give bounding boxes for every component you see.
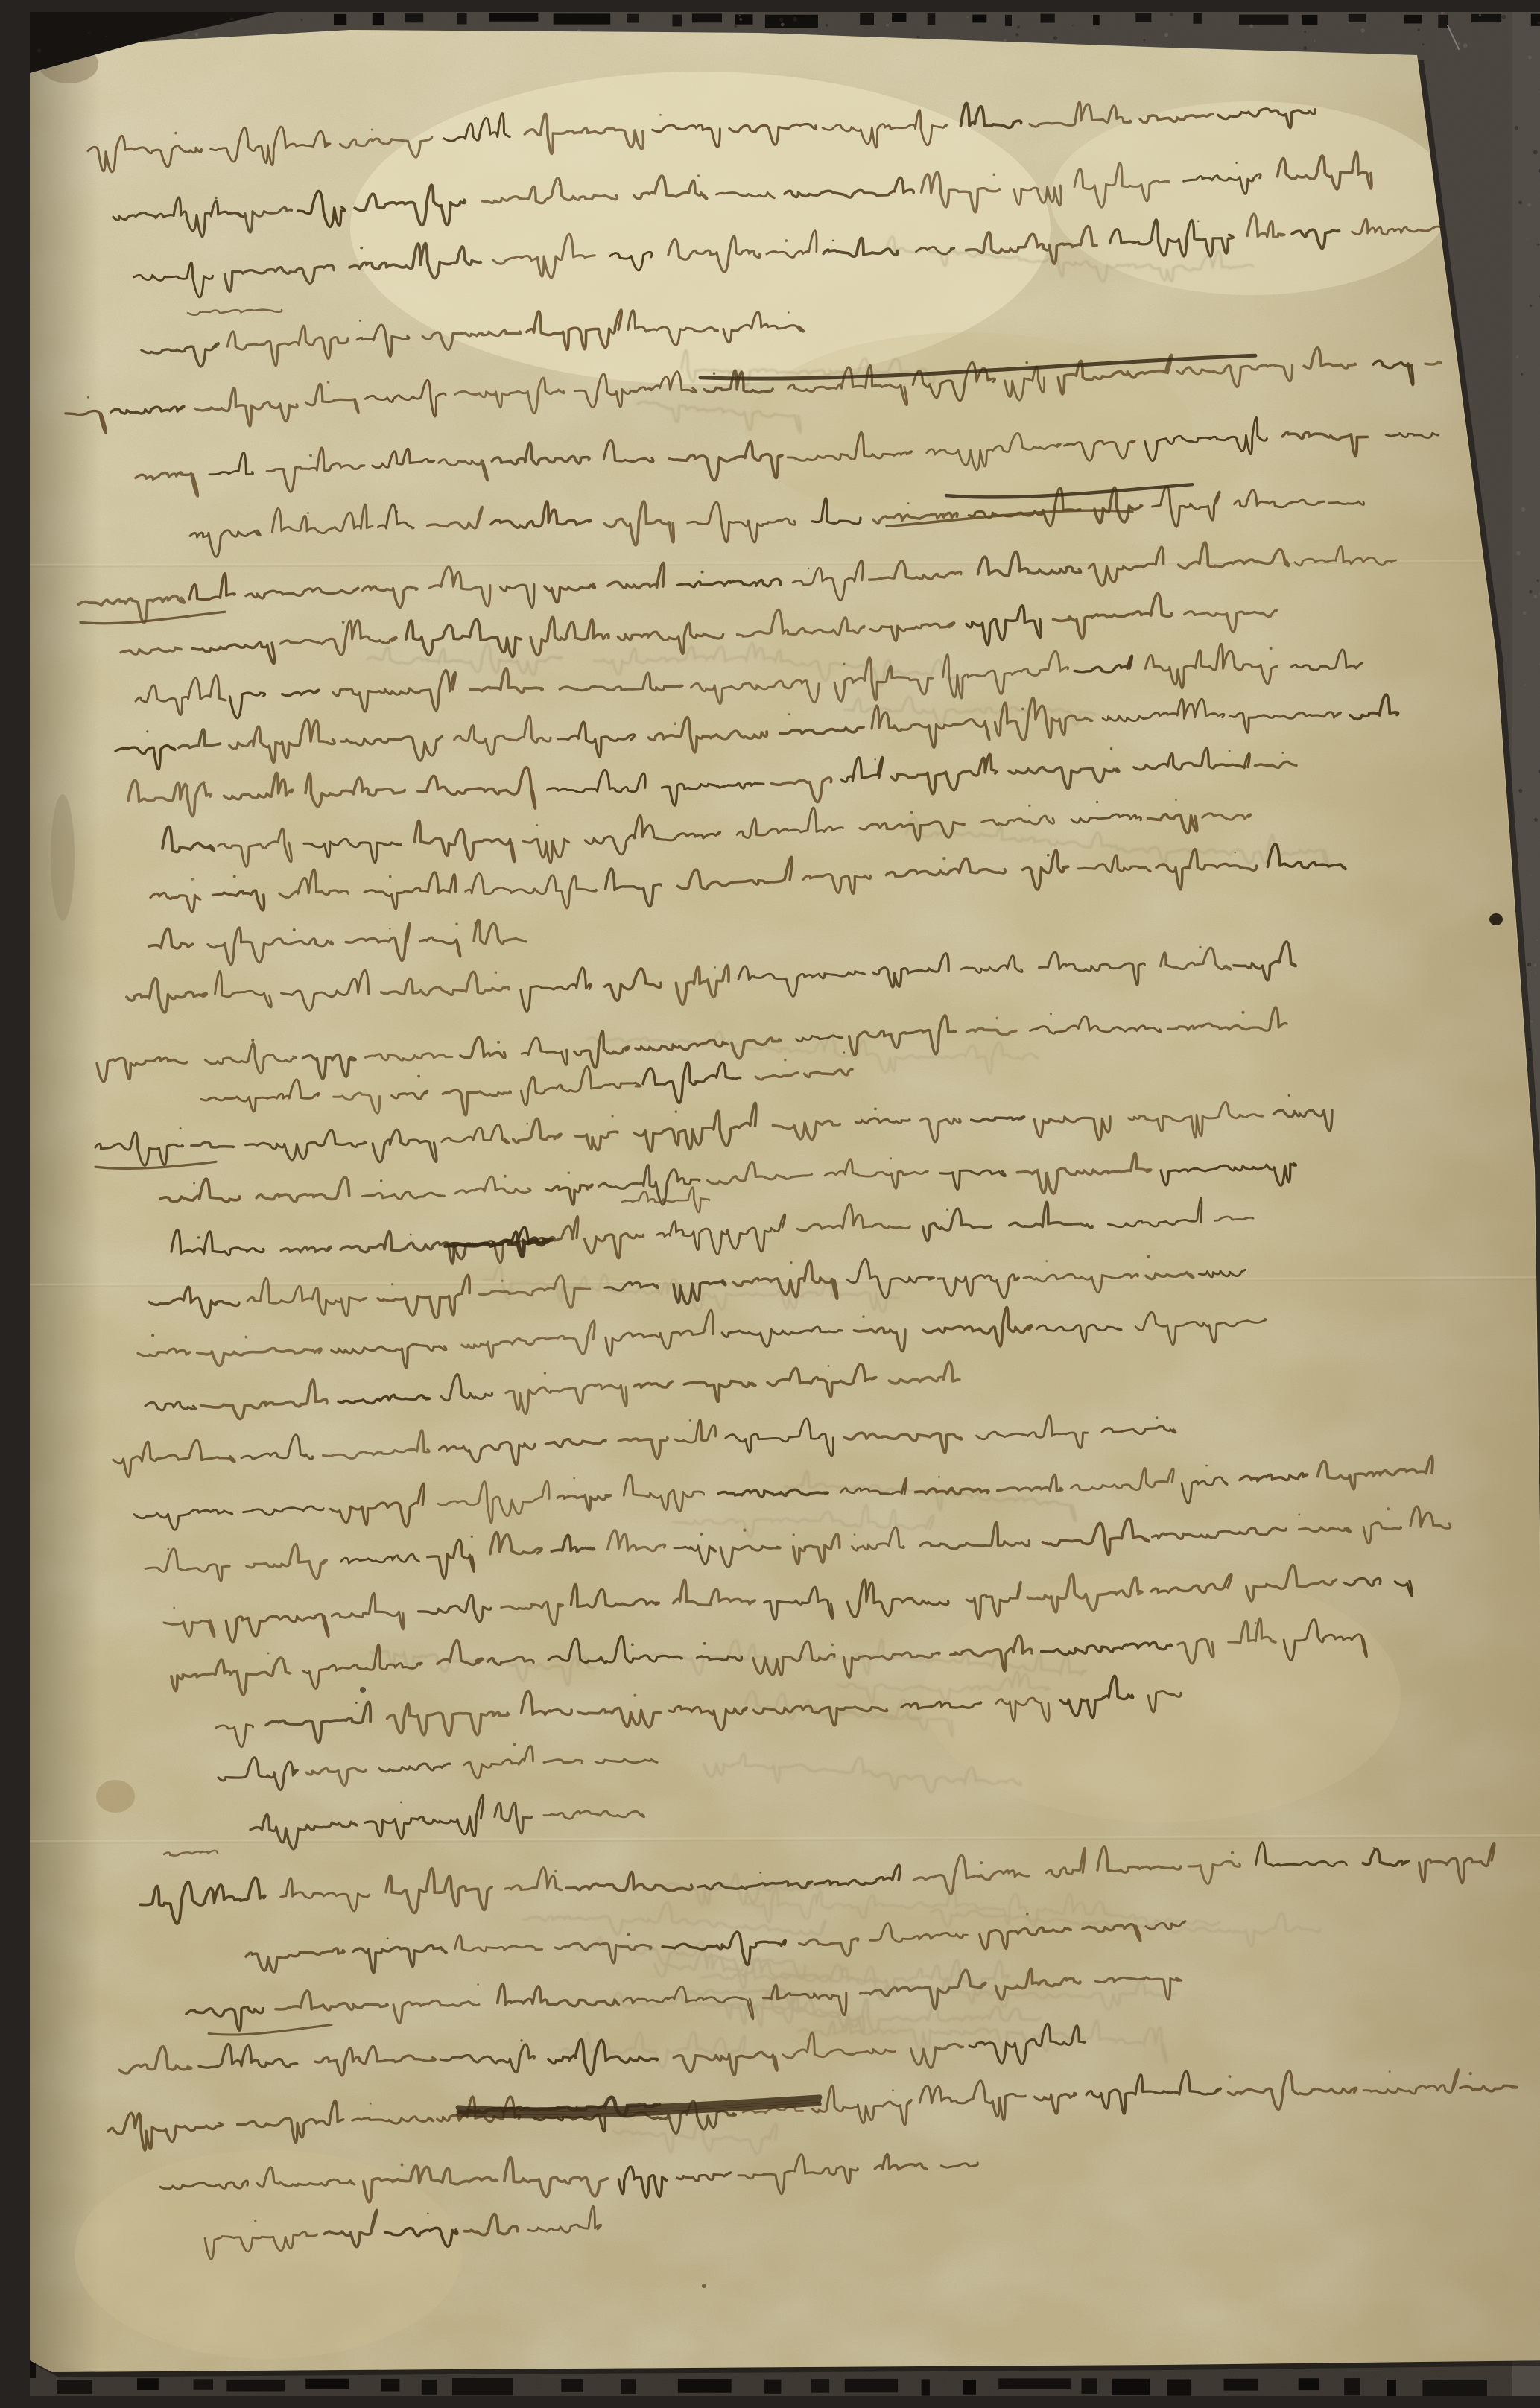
manuscript-page <box>30 12 1540 2396</box>
paper-stain <box>96 1780 135 1813</box>
ink-blot <box>702 2284 706 2288</box>
paper-stain <box>51 794 75 921</box>
manuscript-scan <box>30 12 1540 2396</box>
scan-canvas <box>30 12 1540 2396</box>
ink-blot <box>1489 913 1503 925</box>
ink-blot <box>360 1687 366 1693</box>
